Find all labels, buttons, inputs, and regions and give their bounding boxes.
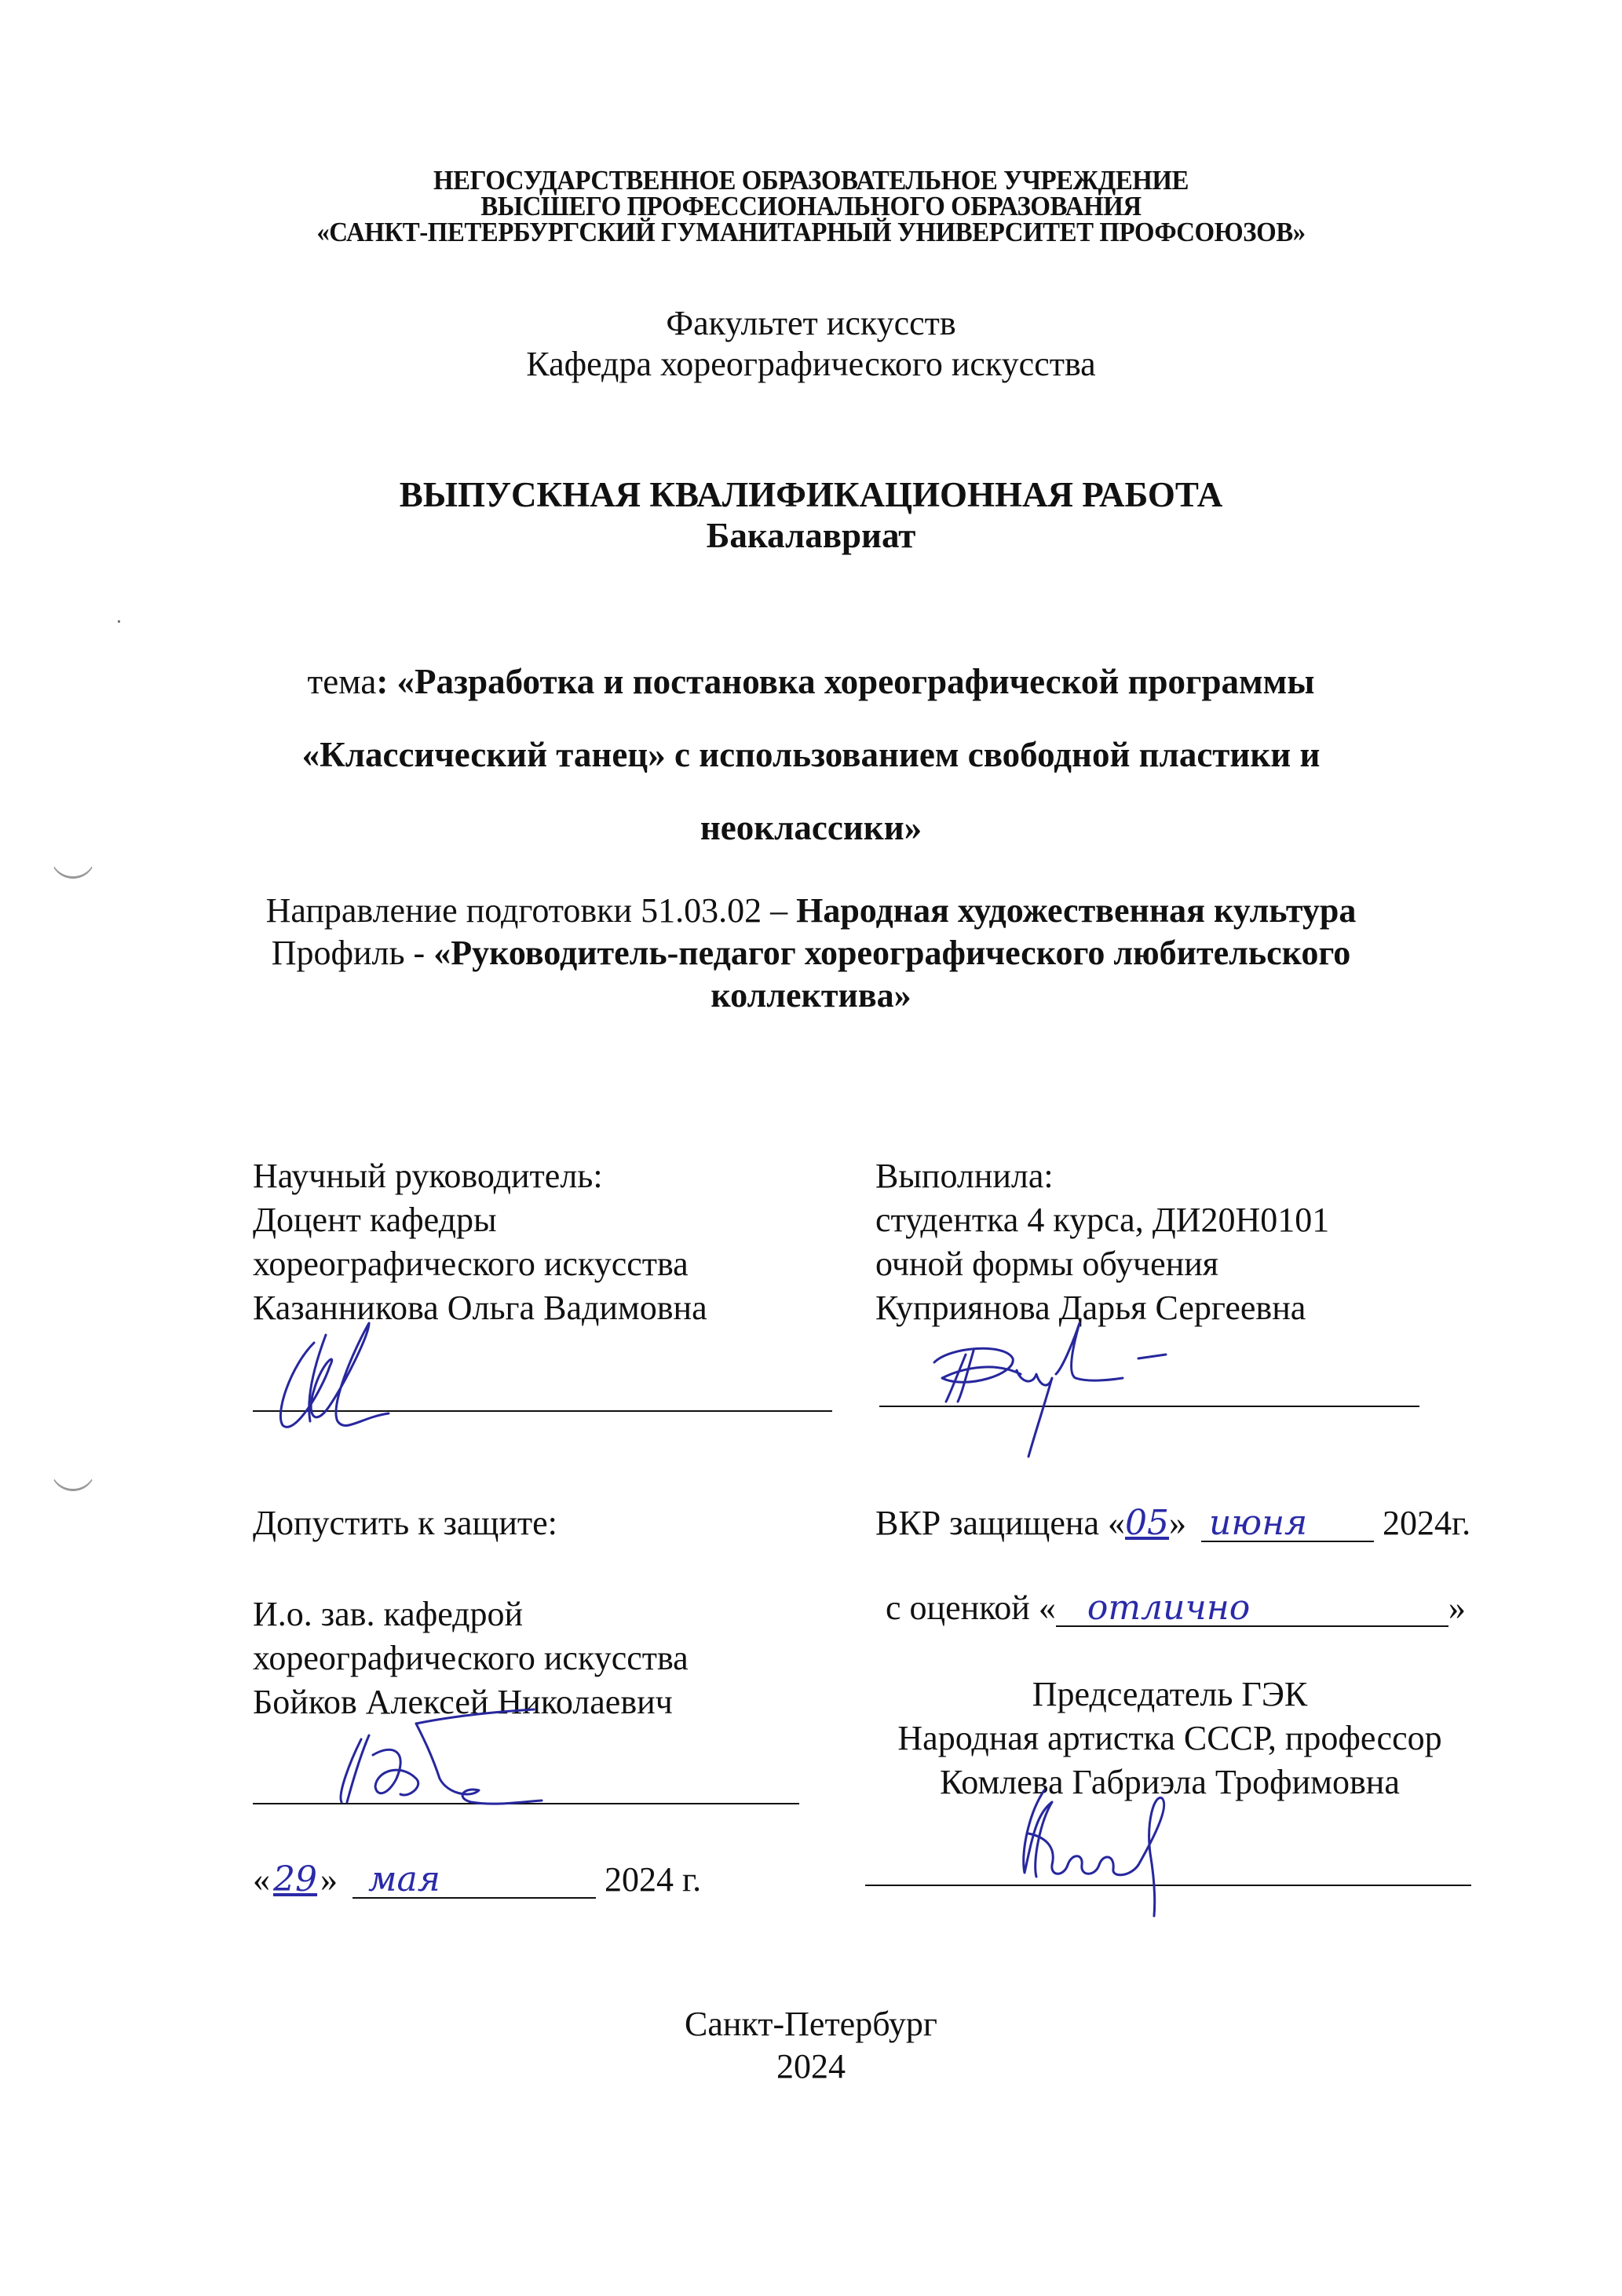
year: 2024 bbox=[0, 2046, 1622, 2087]
institution-line-1: НЕГОСУДАРСТВЕННОЕ ОБРАЗОВАТЕЛЬНОЕ УЧРЕЖД… bbox=[49, 167, 1573, 193]
institution-line-3: «САНКТ-ПЕТЕРБУРГСКИЙ ГУМАНИТАРНЫЙ УНИВЕР… bbox=[49, 219, 1573, 245]
supervisor-heading: Научный руководитель: bbox=[253, 1154, 707, 1198]
chairman-block: Председатель ГЭК Народная артистка СССР,… bbox=[871, 1673, 1468, 1804]
admission-position-1: И.о. зав. кафедрой bbox=[253, 1592, 689, 1636]
direction-value: Народная художественная культура bbox=[796, 891, 1356, 930]
department: Кафедра хореографического искусства bbox=[0, 344, 1622, 385]
direction-label: Направление подготовки 51.03.02 – bbox=[266, 891, 797, 930]
defense-grade: с оценкой «отлично» bbox=[886, 1586, 1466, 1630]
student-signature bbox=[919, 1319, 1170, 1461]
punch-hole-mark bbox=[50, 1445, 96, 1491]
student-block: Выполнила: студентка 4 курса, ДИ20Н0101 … bbox=[875, 1154, 1329, 1330]
supervisor-signature bbox=[267, 1319, 424, 1445]
chairman-title: Председатель ГЭК bbox=[871, 1673, 1468, 1717]
supervisor-position-2: хореографического искусства bbox=[253, 1242, 707, 1286]
direction: Направление подготовки 51.03.02 – Народн… bbox=[0, 890, 1622, 931]
supervisor-block: Научный руководитель: Доцент кафедры хор… bbox=[253, 1154, 707, 1330]
theme-text-1: : «Разработка и постановка хореографичес… bbox=[376, 662, 1314, 701]
profile-value-2: коллектива» bbox=[0, 975, 1622, 1016]
scan-speck bbox=[118, 620, 120, 623]
admission-block: И.о. зав. кафедрой хореографического иск… bbox=[253, 1592, 689, 1724]
institution-line-2: ВЫСШЕГО ПРОФЕССИОНАЛЬНОГО ОБРАЗОВАНИЯ bbox=[49, 193, 1573, 219]
admission-position-2: хореографического искусства bbox=[253, 1636, 689, 1680]
student-group: студентка 4 курса, ДИ20Н0101 bbox=[875, 1198, 1329, 1242]
degree: Бакалавриат bbox=[0, 515, 1622, 556]
work-type-title: ВЫПУСКНАЯ КВАЛИФИКАЦИОННАЯ РАБОТА bbox=[0, 474, 1622, 515]
admission-day: 29 bbox=[270, 1859, 320, 1899]
theme-line-2: «Классический танец» с использованием св… bbox=[0, 718, 1622, 792]
grade-value: отлично bbox=[1056, 1591, 1448, 1627]
defense-day: 05 bbox=[1125, 1503, 1169, 1543]
theme-line-1: тема: «Разработка и постановка хореограф… bbox=[0, 645, 1622, 718]
admission-year: 2024 г. bbox=[605, 1860, 701, 1899]
admission-heading: Допустить к защите: bbox=[253, 1501, 557, 1545]
admission-signature bbox=[314, 1708, 550, 1814]
faculty: Факультет искусств bbox=[0, 303, 1622, 344]
profile: Профиль - «Руководитель-педагог хореогра… bbox=[0, 933, 1622, 974]
chairman-signature bbox=[1021, 1790, 1217, 1916]
theme-line-3: неоклассики» bbox=[0, 792, 1622, 865]
profile-value-1: «Руководитель-педагог хореографического … bbox=[433, 934, 1350, 972]
defense-month: июня bbox=[1201, 1506, 1374, 1542]
supervisor-position-1: Доцент кафедры bbox=[253, 1198, 707, 1242]
student-heading: Выполнила: bbox=[875, 1154, 1329, 1198]
student-study-form: очной формы обучения bbox=[875, 1242, 1329, 1286]
chairman-position: Народная артистка СССР, профессор bbox=[871, 1717, 1468, 1760]
city: Санкт-Петербург bbox=[0, 2004, 1622, 2045]
defense-date: ВКР защищена «05» июня 2024г. bbox=[875, 1501, 1470, 1545]
admission-date: «29» мая 2024 г. bbox=[253, 1858, 701, 1902]
theme-prefix: тема bbox=[308, 662, 377, 701]
defense-year: 2024г. bbox=[1383, 1504, 1470, 1542]
profile-label: Профиль - bbox=[272, 934, 434, 972]
admission-month: мая bbox=[353, 1863, 596, 1899]
